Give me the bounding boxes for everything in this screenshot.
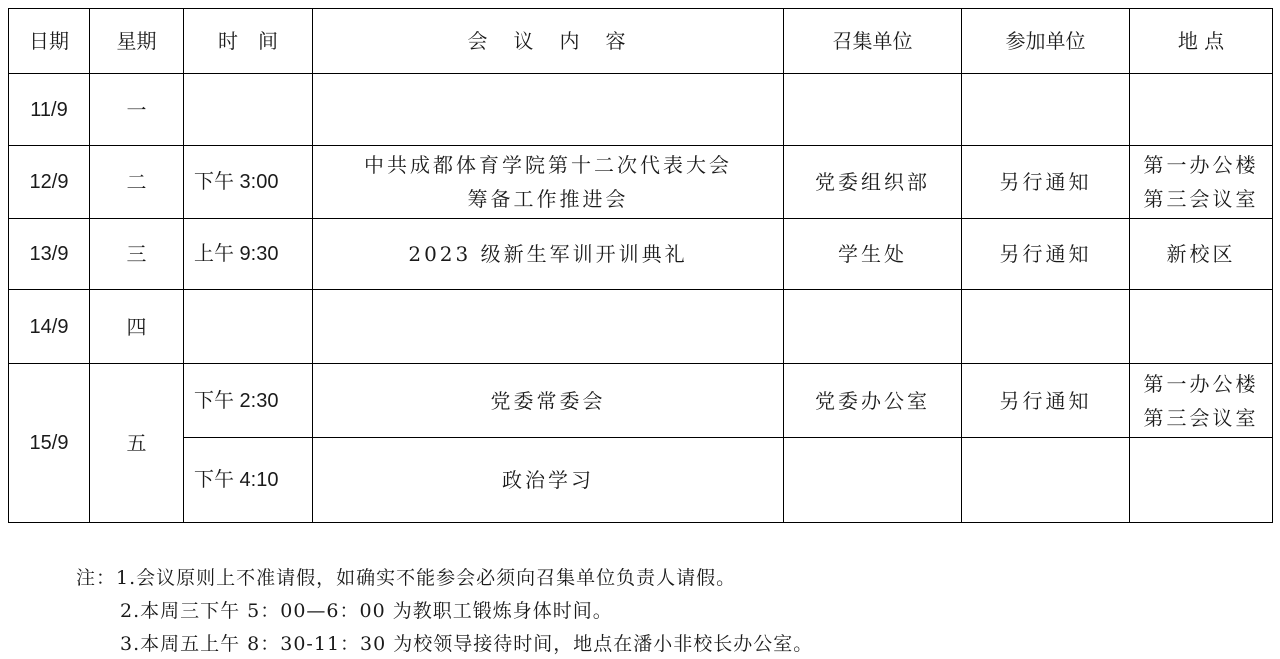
cell-location [1130,74,1273,146]
location-line-1: 第一办公楼 [1130,367,1272,401]
cell-content: 中共成都体育学院第十二次代表大会 筹备工作推进会 [313,146,784,219]
cell-date: 11/9 [9,74,90,146]
cell-attendees: 另行通知 [962,219,1130,290]
header-content: 会 议 内 容 [313,9,784,74]
header-attendees: 参加单位 [962,9,1130,74]
header-row: 日期 星期 时 间 会 议 内 容 召集单位 参加单位 地 点 [9,9,1273,74]
note-1: 注：1.会议原则上不准请假，如确实不能参会必须向召集单位负责人请假。 [76,562,813,595]
cell-attendees: 另行通知 [962,146,1130,219]
cell-content [313,74,784,146]
cell-location: 第一办公楼 第三会议室 [1130,364,1273,438]
cell-date: 14/9 [9,290,90,364]
cell-time [184,74,313,146]
cell-convener [784,438,962,523]
content-line-1: 中共成都体育学院第十二次代表大会 [313,148,783,182]
cell-weekday: 三 [90,219,184,290]
note-2: 2.本周三下午 5：00—6：00 为教职工锻炼身体时间。 [76,595,813,628]
location-line-2: 第三会议室 [1130,182,1272,216]
table-row: 14/9 四 [9,290,1273,364]
cell-location [1130,290,1273,364]
cell-date: 12/9 [9,146,90,219]
cell-content [313,290,784,364]
cell-location [1130,438,1273,523]
cell-location: 新校区 [1130,219,1273,290]
cell-content: 政治学习 [313,438,784,523]
table-row: 15/9 五 下午 2:30 党委常委会 党委办公室 另行通知 第一办公楼 第三… [9,364,1273,438]
cell-attendees [962,438,1130,523]
cell-convener [784,290,962,364]
cell-weekday: 一 [90,74,184,146]
cell-convener: 学生处 [784,219,962,290]
cell-content: 党委常委会 [313,364,784,438]
cell-attendees: 另行通知 [962,364,1130,438]
location-line-2: 第三会议室 [1130,401,1272,435]
cell-convener [784,74,962,146]
table-row: 12/9 二 下午 3:00 中共成都体育学院第十二次代表大会 筹备工作推进会 … [9,146,1273,219]
cell-content: 2023 级新生军训开训典礼 [313,219,784,290]
table-row: 13/9 三 上午 9:30 2023 级新生军训开训典礼 学生处 另行通知 新… [9,219,1273,290]
header-convener: 召集单位 [784,9,962,74]
cell-time: 下午 3:00 [184,146,313,219]
cell-date: 15/9 [9,364,90,523]
cell-date: 13/9 [9,219,90,290]
cell-time: 下午 2:30 [184,364,313,438]
cell-time: 下午 4:10 [184,438,313,523]
note-3: 3.本周五上午 8：30-11：30 为校领导接待时间，地点在潘小非校长办公室。 [76,628,813,659]
cell-time [184,290,313,364]
cell-weekday: 五 [90,364,184,523]
table-row: 11/9 一 [9,74,1273,146]
header-time: 时 间 [184,9,313,74]
content-line-2: 筹备工作推进会 [313,182,783,216]
cell-weekday: 二 [90,146,184,219]
meeting-schedule-table: 日期 星期 时 间 会 议 内 容 召集单位 参加单位 地 点 11/9 一 1… [8,8,1273,523]
cell-location: 第一办公楼 第三会议室 [1130,146,1273,219]
cell-attendees [962,290,1130,364]
header-weekday: 星期 [90,9,184,74]
location-line-1: 第一办公楼 [1130,148,1272,182]
header-location: 地 点 [1130,9,1273,74]
cell-weekday: 四 [90,290,184,364]
cell-convener: 党委组织部 [784,146,962,219]
cell-time: 上午 9:30 [184,219,313,290]
table-row: 下午 4:10 政治学习 [9,438,1273,523]
notes-section: 注：1.会议原则上不准请假，如确实不能参会必须向召集单位负责人请假。 2.本周三… [76,562,813,659]
header-date: 日期 [9,9,90,74]
cell-attendees [962,74,1130,146]
cell-convener: 党委办公室 [784,364,962,438]
